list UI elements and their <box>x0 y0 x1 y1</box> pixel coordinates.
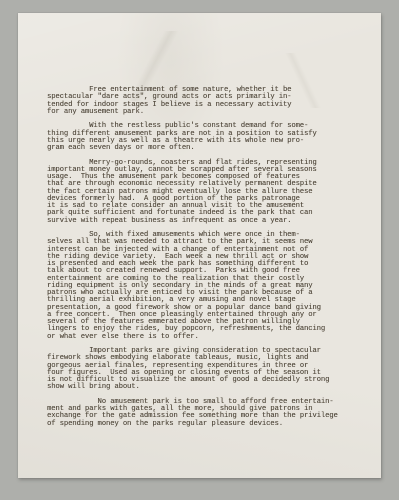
paragraph: With the restless public's constant dema… <box>47 123 369 152</box>
text-line: of spending money on the parks regular p… <box>47 421 369 428</box>
paragraph: So, with fixed amusements which were onc… <box>47 232 369 341</box>
text-line: or what ever else there is to offer. <box>47 334 369 341</box>
text-line: show will bring about. <box>47 384 369 391</box>
document-body: Free entertainment of some nature, wheth… <box>47 87 369 435</box>
text-line: survive with repeat business as infreque… <box>47 218 369 225</box>
paragraph: No amusement park is too small to afford… <box>47 399 369 428</box>
screenshot-root: { "page": { "background_color": "#aeafab… <box>0 0 399 500</box>
document-page: Free entertainment of some nature, wheth… <box>18 13 381 478</box>
paragraph: Important parks are giving consideration… <box>47 348 369 392</box>
paragraph: Free entertainment of some nature, wheth… <box>47 87 369 116</box>
paragraph: Merry-go-rounds, coasters and flat rides… <box>47 160 369 225</box>
text-line: gram each seven days or more often. <box>47 145 369 152</box>
text-line: for any amusement park. <box>47 109 369 116</box>
